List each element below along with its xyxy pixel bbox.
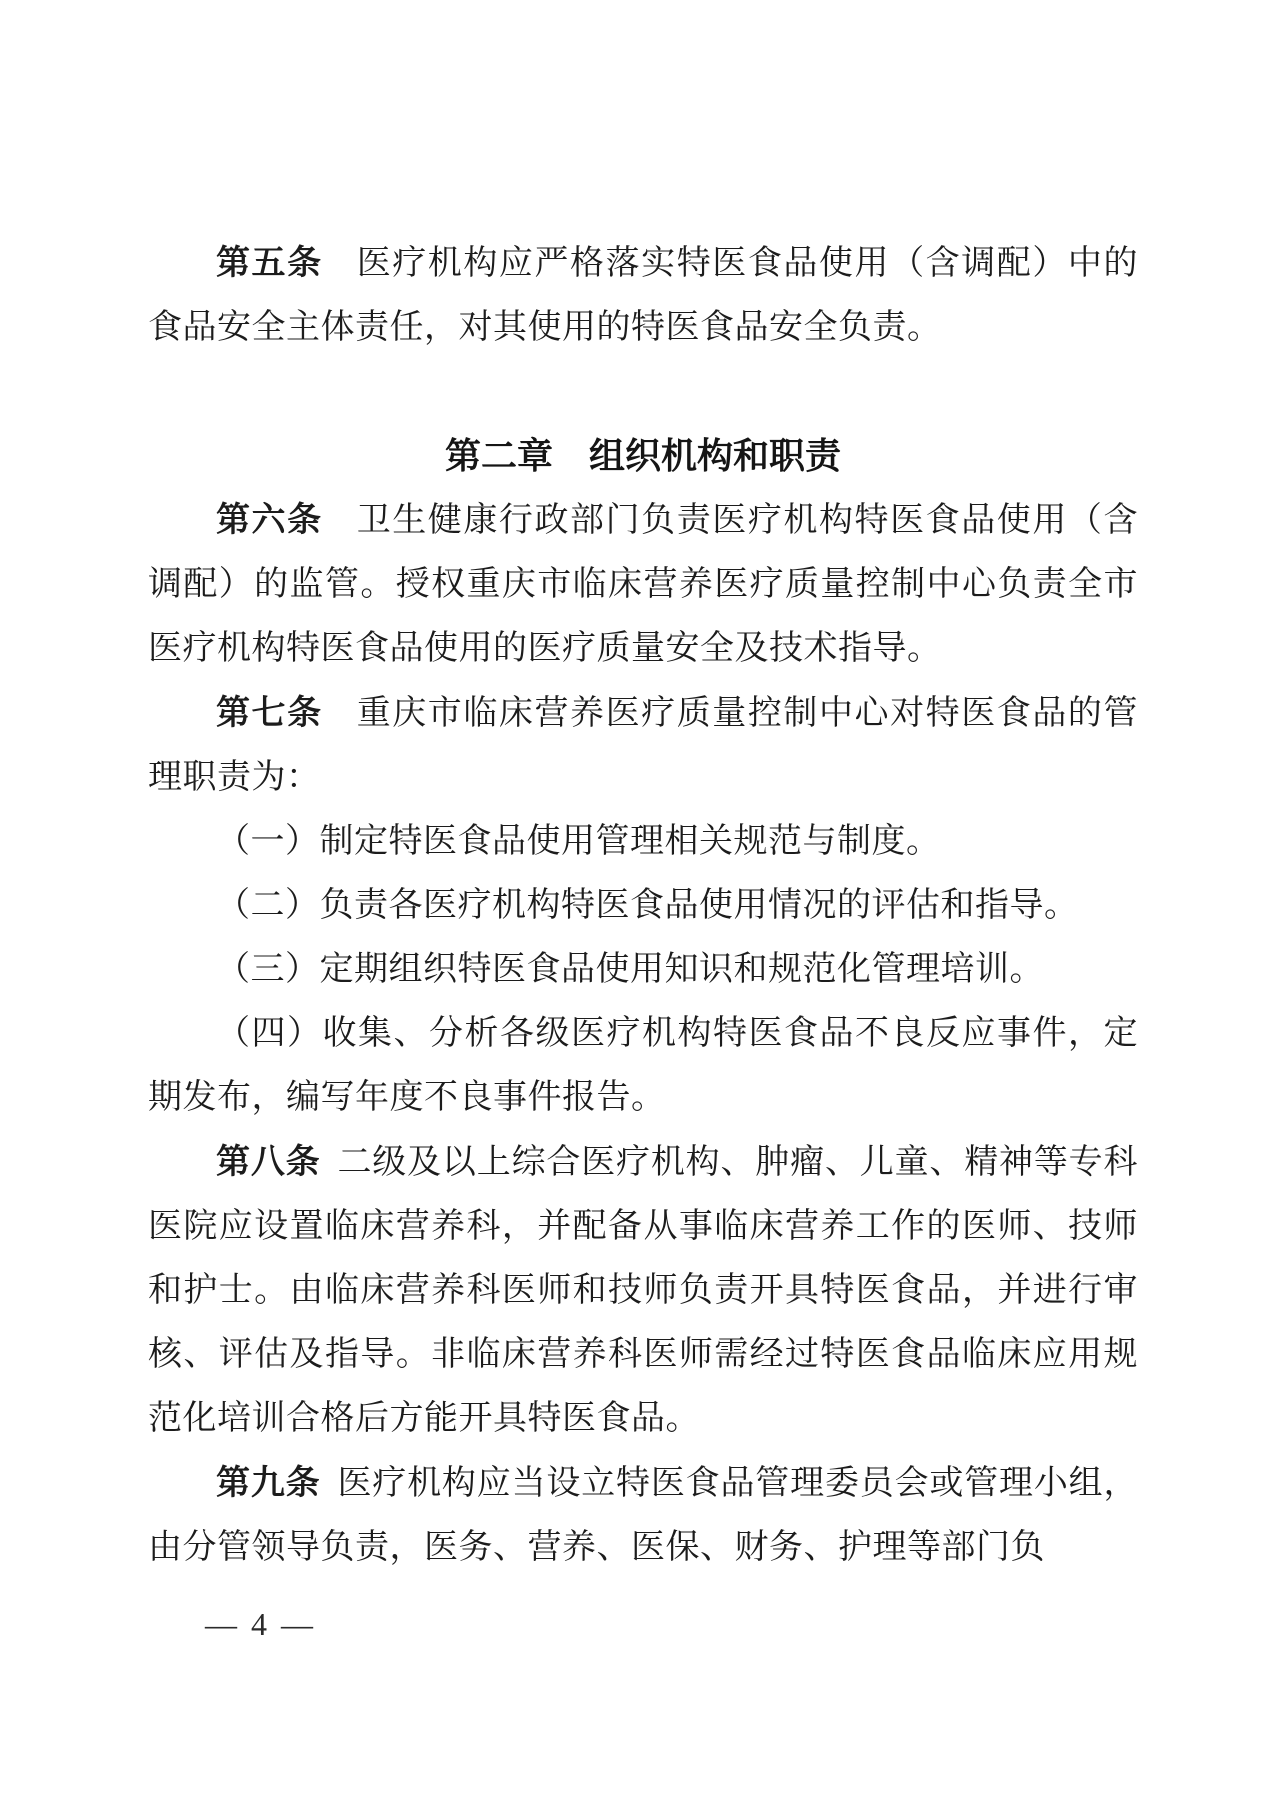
article-9-paragraph: 第九条医疗机构应当设立特医食品管理委员会或管理小组，由分管领导负责，医务、营养、… bbox=[148, 1451, 1138, 1580]
article-8-number-label: 第八条 bbox=[216, 1143, 320, 1181]
article-7-paragraph: 第七条重庆市临床营养医疗质量控制中心对特医食品的管理职责为： bbox=[148, 681, 1138, 810]
document-content: 第五条医疗机构应严格落实特医食品使用（含调配）中的食品安全主体责任，对其使用的特… bbox=[148, 231, 1138, 1580]
numbered-item-3: （三）定期组织特医食品使用知识和规范化管理培训。 bbox=[148, 938, 1138, 1002]
article-9-number-label: 第九条 bbox=[216, 1464, 320, 1502]
article-7-number-label: 第七条 bbox=[216, 694, 323, 732]
article-6-paragraph: 第六条卫生健康行政部门负责医疗机构特医食品使用（含调配）的监管。授权重庆市临床营… bbox=[148, 488, 1138, 681]
article-8-body-text: 二级及以上综合医疗机构、肿瘤、儿童、精神等专科医院应设置临床营养科，并配备从事临… bbox=[148, 1144, 1138, 1437]
article-6-number-label: 第六条 bbox=[216, 501, 323, 539]
numbered-item-2: （二）负责各医疗机构特医食品使用情况的评估和指导。 bbox=[148, 874, 1138, 938]
article-5-number-label: 第五条 bbox=[216, 244, 323, 282]
numbered-item-4: （四）收集、分析各级医疗机构特医食品不良反应事件，定期发布，编写年度不良事件报告… bbox=[148, 1002, 1138, 1130]
article-5-paragraph: 第五条医疗机构应严格落实特医食品使用（含调配）中的食品安全主体责任，对其使用的特… bbox=[148, 231, 1138, 360]
chapter-2-heading: 第二章 组织机构和职责 bbox=[148, 424, 1138, 488]
article-8-paragraph: 第八条二级及以上综合医疗机构、肿瘤、儿童、精神等专科医院应设置临床营养科，并配备… bbox=[148, 1130, 1138, 1451]
document-page: 第五条医疗机构应严格落实特医食品使用（含调配）中的食品安全主体责任，对其使用的特… bbox=[0, 0, 1280, 1810]
numbered-item-1: （一）制定特医食品使用管理相关规范与制度。 bbox=[148, 810, 1138, 874]
page-number: — 4 — bbox=[205, 1606, 313, 1642]
